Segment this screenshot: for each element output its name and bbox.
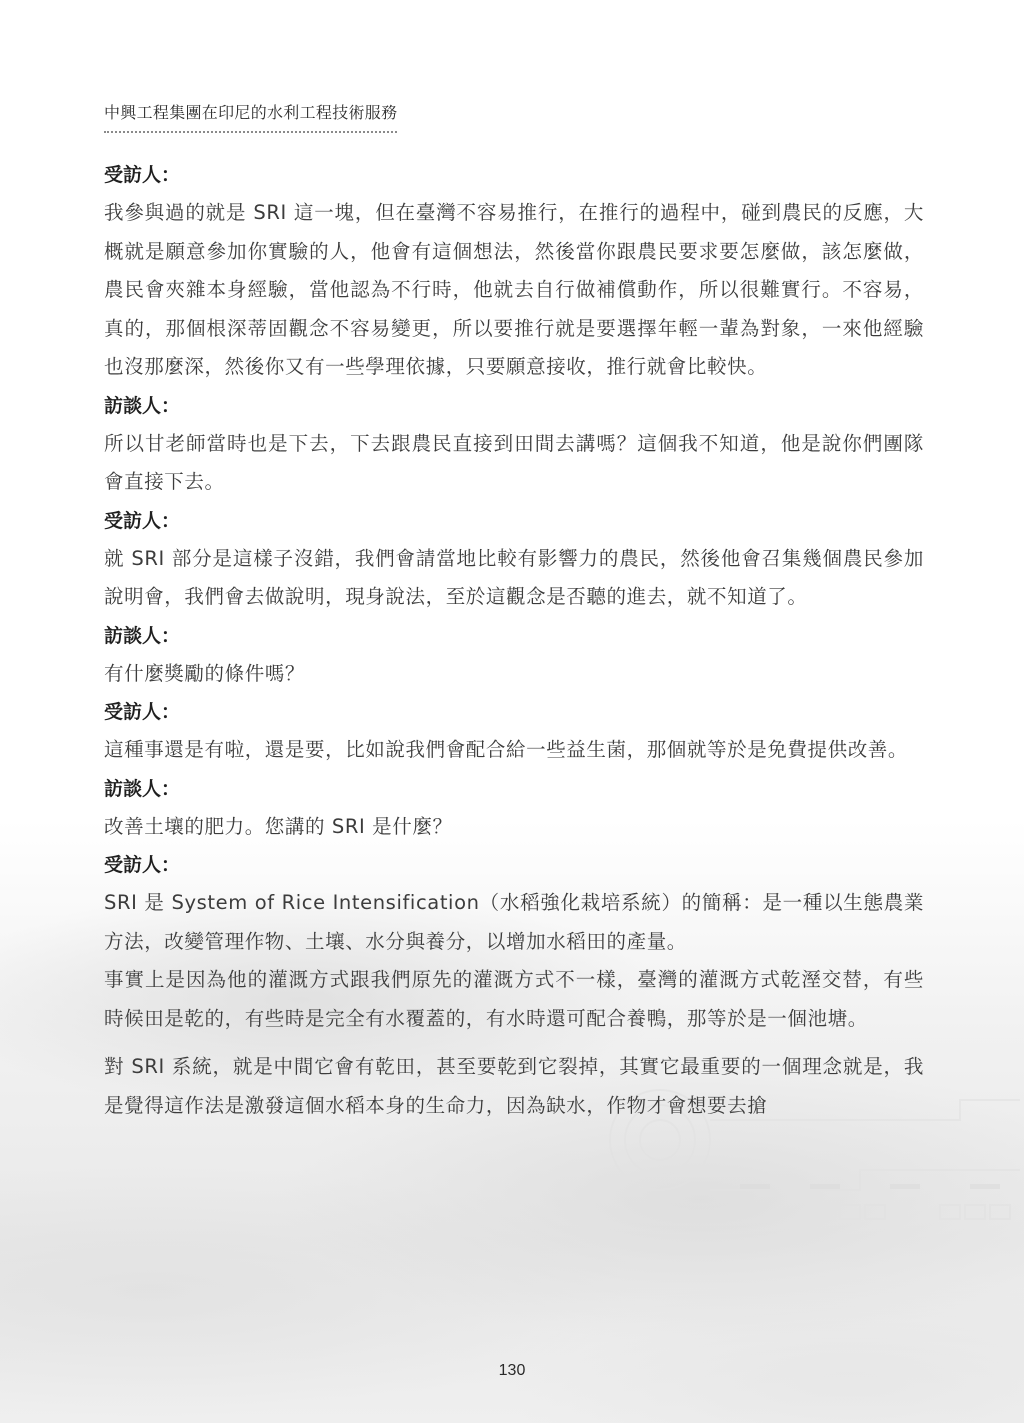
dialogue-paragraph: 所以甘老師當時也是下去，下去跟農民直接到田間去講嗎？這個我不知道，他是說你們團隊… <box>104 425 924 502</box>
dialogue-paragraph: 對 SRI 系統，就是中間它會有乾田，甚至要乾到它裂掉，其實它最重要的一個理念就… <box>104 1048 924 1125</box>
speaker-label: 受訪人： <box>104 160 924 190</box>
paragraph-gap <box>104 1038 924 1048</box>
running-header: 中興工程集團在印尼的水利工程技術服務 <box>104 100 397 133</box>
dialogue-turn: 訪談人： 所以甘老師當時也是下去，下去跟農民直接到田間去講嗎？這個我不知道，他是… <box>104 391 924 502</box>
page-number: 130 <box>0 1362 1024 1380</box>
dialogue-paragraph: 有什麼獎勵的條件嗎？ <box>104 655 924 694</box>
speaker-label: 受訪人： <box>104 506 924 536</box>
speaker-label: 訪談人： <box>104 621 924 651</box>
dialogue-turn: 受訪人： 就 SRI 部分是這樣子沒錯，我們會請當地比較有影響力的農民，然後他會… <box>104 506 924 617</box>
dialogue-paragraph: 改善土壤的肥力。您講的 SRI 是什麼？ <box>104 808 924 847</box>
dialogue-paragraph: 這種事還是有啦，還是要，比如說我們會配合給一些益生菌，那個就等於是免費提供改善。 <box>104 731 924 770</box>
dialogue-paragraph: 我參與過的就是 SRI 這一塊，但在臺灣不容易推行，在推行的過程中，碰到農民的反… <box>104 194 924 387</box>
dialogue-turn: 受訪人： 這種事還是有啦，還是要，比如說我們會配合給一些益生菌，那個就等於是免費… <box>104 697 924 770</box>
speaker-label: 受訪人： <box>104 697 924 727</box>
dialogue-turn: 受訪人： 我參與過的就是 SRI 這一塊，但在臺灣不容易推行，在推行的過程中，碰… <box>104 160 924 387</box>
dialogue-turn: 訪談人： 改善土壤的肥力。您講的 SRI 是什麼？ <box>104 774 924 847</box>
dialogue-turn: 訪談人： 有什麼獎勵的條件嗎？ <box>104 621 924 694</box>
speaker-label: 訪談人： <box>104 774 924 804</box>
running-header-title: 中興工程集團在印尼的水利工程技術服務 <box>104 100 397 133</box>
dialogue-paragraph: SRI 是 System of Rice Intensification（水稻強… <box>104 884 924 961</box>
speaker-label: 受訪人： <box>104 850 924 880</box>
dialogue-paragraph: 就 SRI 部分是這樣子沒錯，我們會請當地比較有影響力的農民，然後他會召集幾個農… <box>104 540 924 617</box>
dialogue-paragraph: 事實上是因為他的灌溉方式跟我們原先的灌溉方式不一樣，臺灣的灌溉方式乾溼交替，有些… <box>104 961 924 1038</box>
interview-transcript: 受訪人： 我參與過的就是 SRI 這一塊，但在臺灣不容易推行，在推行的過程中，碰… <box>104 156 924 1127</box>
dialogue-turn: 受訪人： SRI 是 System of Rice Intensificatio… <box>104 850 924 1125</box>
speaker-label: 訪談人： <box>104 391 924 421</box>
